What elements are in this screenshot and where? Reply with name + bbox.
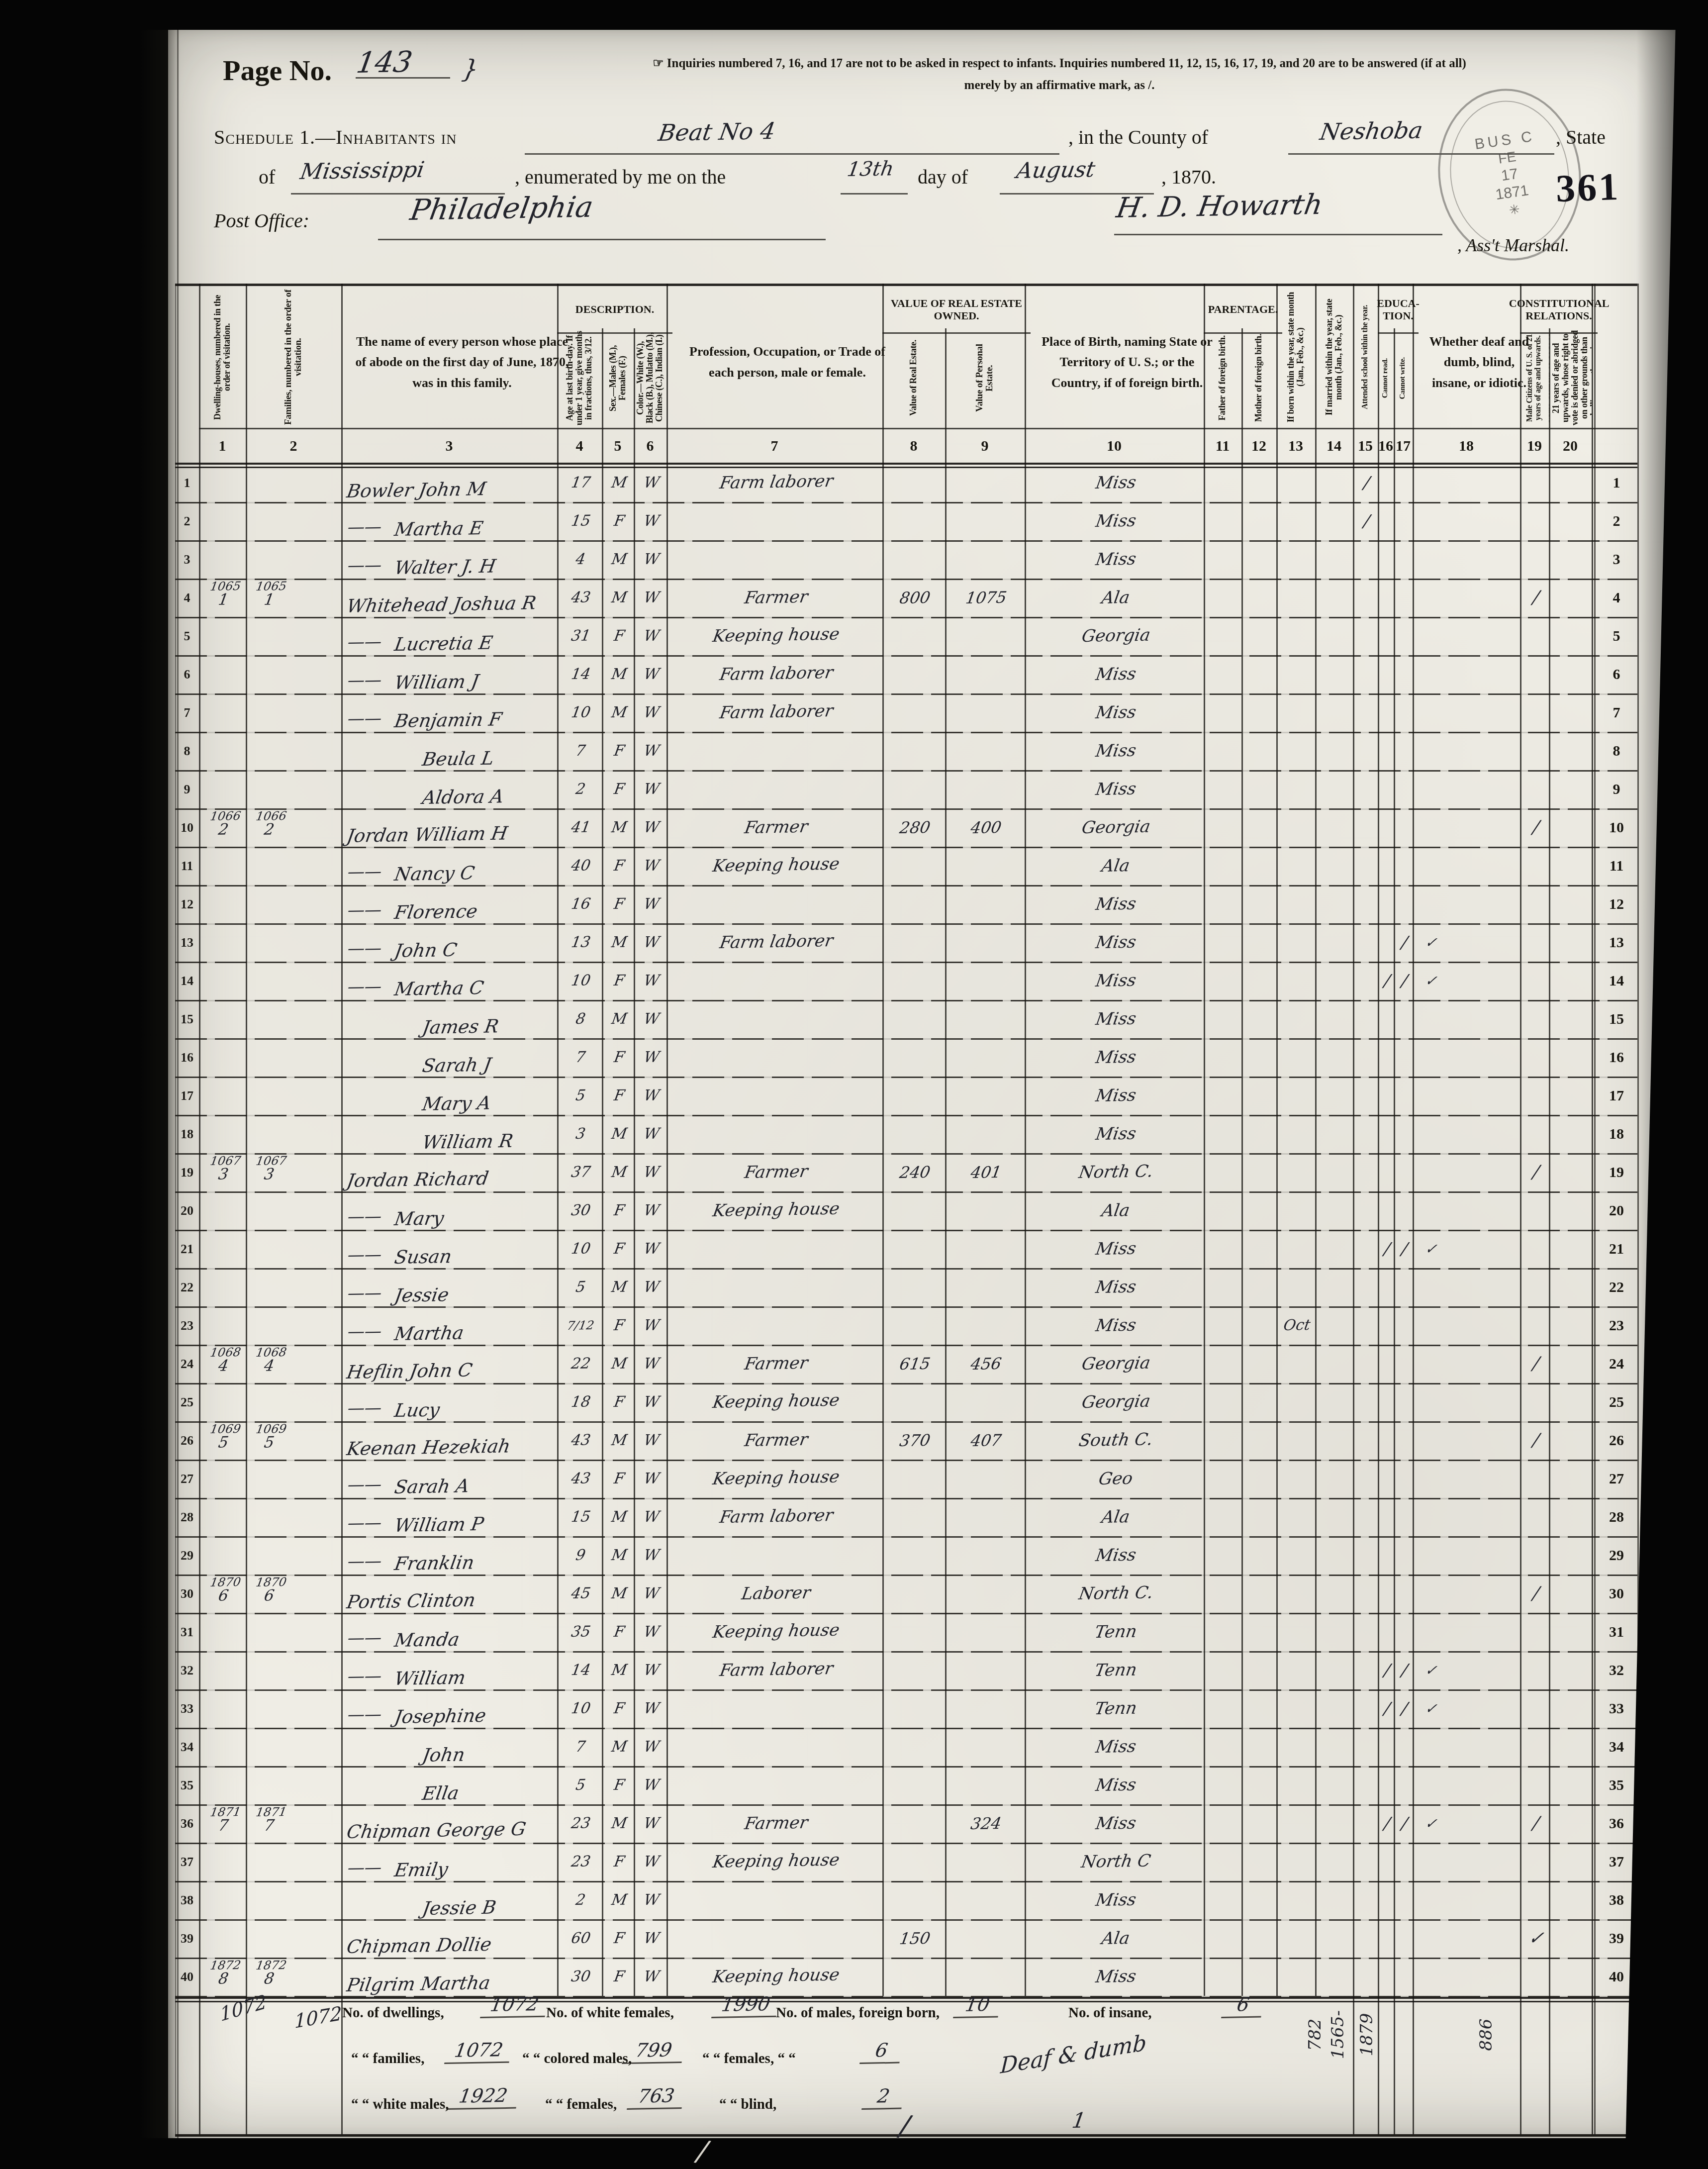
cell-birthplace: Miss: [1025, 1958, 1204, 1996]
mark-male-citizen: ✓: [1520, 1919, 1549, 1958]
grid-vline: [1592, 284, 1593, 2134]
column-header: Families, numbered in the order of visit…: [246, 287, 341, 428]
name-text: Mary: [393, 1207, 446, 1230]
cell-color: W: [634, 1881, 666, 1919]
name-text: Sarah J: [421, 1054, 493, 1077]
footer-label: No. of dwellings,: [342, 2005, 444, 2021]
ditto-dash: ——: [346, 1628, 383, 1648]
cell-name: Ella: [341, 1766, 577, 1807]
footer-label: “ “ females,: [545, 2096, 617, 2113]
cell-name: William R: [341, 1115, 577, 1156]
cell-sex: F: [602, 1191, 634, 1230]
cell-name: Sarah J: [341, 1038, 577, 1080]
cell-personal-estate: 400: [945, 808, 1025, 847]
cell-dwelling-number: 18728: [199, 1951, 246, 1996]
cell-age: 10: [557, 962, 602, 1000]
mark-male-citizen: /: [1520, 1345, 1549, 1383]
cell-real-estate: 150: [882, 1919, 945, 1958]
ditto-dash: ——: [346, 670, 383, 690]
cell-name: ——Benjamin F: [341, 693, 577, 735]
cell-dwelling-number: 10651: [199, 572, 246, 617]
cell-name: ——Nancy C: [341, 847, 577, 888]
cell-birthplace: Miss: [1025, 732, 1204, 770]
name-text: Martha E: [393, 517, 485, 540]
row-number-right: 6: [1596, 655, 1637, 693]
cell-sex: F: [602, 1919, 634, 1958]
mark-cannot-write: /: [1394, 1230, 1413, 1268]
cell-personal-estate: 407: [945, 1421, 1025, 1460]
cell-birthplace: Miss: [1025, 923, 1204, 962]
cell-personal-estate: 456: [945, 1345, 1025, 1383]
footer-value: 1072: [444, 2039, 513, 2064]
cell-color: W: [634, 1958, 666, 1996]
cell-age: 14: [557, 1651, 602, 1689]
line2-mid: , enumerated by me on the: [515, 165, 726, 189]
cell-sex: M: [602, 540, 634, 579]
cell-birthplace: North C.: [1025, 1575, 1204, 1613]
cell-sex: M: [602, 1536, 634, 1575]
row-number-right: 22: [1596, 1268, 1637, 1306]
cell-birthplace: Ala: [1025, 1919, 1204, 1958]
name-text: Jessie: [393, 1284, 451, 1306]
name-text: Walter J. H: [393, 555, 497, 579]
name-text: Martha C: [393, 977, 485, 1000]
name-text: Josephine: [393, 1705, 487, 1728]
cell-color: W: [634, 1306, 666, 1345]
cell-color: W: [634, 1038, 666, 1077]
cell-birthplace: Ala: [1025, 847, 1204, 885]
cell-age: 9: [557, 1536, 602, 1575]
mark-male-citizen: /: [1520, 579, 1549, 617]
cell-birthplace: Miss: [1025, 1804, 1204, 1843]
page-no-value: 143: [354, 45, 415, 80]
cell-sex: F: [602, 1077, 634, 1115]
mark-male-citizen: /: [1520, 1575, 1549, 1613]
cell-personal-estate: 401: [945, 1153, 1025, 1191]
row-number-right: 24: [1596, 1345, 1637, 1383]
cell-dwelling-number: 10684: [199, 1338, 246, 1383]
cell-name: Jordan William H: [341, 808, 577, 850]
cell-color: W: [634, 1115, 666, 1153]
cell-birthplace: Miss: [1025, 502, 1204, 540]
cell-age: 22: [557, 1345, 602, 1383]
column-number: 5: [602, 430, 634, 463]
cell-color: W: [634, 1843, 666, 1881]
post-office-blank-line: [378, 239, 826, 240]
row-number-right: 36: [1596, 1804, 1637, 1843]
column-number: 18: [1413, 430, 1520, 463]
cell-age: 43: [557, 1421, 602, 1460]
column-header: Attended school within the year.: [1353, 287, 1378, 428]
cell-color: W: [634, 1191, 666, 1230]
cell-occupation: Farm laborer: [666, 1498, 882, 1536]
cell-birthplace: Georgia: [1025, 617, 1204, 655]
cell-birthplace: Miss: [1025, 962, 1204, 1000]
data-bottom-rule-b: [175, 2001, 1637, 2002]
cell-color: W: [634, 1689, 666, 1728]
column-header: Cannot read.: [1378, 328, 1394, 428]
mark-cannot-write: /: [1394, 923, 1413, 962]
page-no-label: Page No.: [223, 54, 332, 87]
cell-name: ——William: [341, 1651, 577, 1692]
cell-color: W: [634, 808, 666, 847]
name-text: Aldora A: [421, 786, 505, 808]
cell-age: 10: [557, 1689, 602, 1728]
row-number-right: 37: [1596, 1843, 1637, 1881]
mark-check: ✓: [1413, 1651, 1447, 1689]
cell-color: W: [634, 1460, 666, 1498]
column-header: Male Citizens of U. S. of 21 years of ag…: [1549, 328, 1592, 428]
name-text: Whitehead Joshua R: [345, 592, 538, 617]
ditto-dash: ——: [346, 632, 383, 652]
grid-vline: [199, 284, 200, 2134]
column-header: If married within the year, state month …: [1315, 287, 1353, 428]
cell-birthplace: Miss: [1025, 1000, 1204, 1038]
cell-real-estate: 615: [882, 1345, 945, 1383]
footer-label: “ “ families,: [351, 2051, 424, 2067]
row-number-right: 30: [1596, 1575, 1637, 1613]
place-blank-line: [525, 153, 1059, 155]
column-number: 13: [1276, 430, 1315, 463]
table-top-rule: [175, 284, 1637, 286]
ditto-dash: ——: [346, 1245, 383, 1265]
name-text: John: [421, 1744, 467, 1766]
column-header: Father of foreign birth.: [1204, 328, 1241, 428]
column-number: 16: [1378, 430, 1394, 463]
cell-color: W: [634, 1651, 666, 1689]
cell-name: ——Jessie: [341, 1268, 577, 1309]
schedule-suffix: , State: [1556, 125, 1606, 149]
name-text: Manda: [393, 1629, 461, 1651]
cell-occupation: Keeping house: [666, 847, 882, 885]
name-text: Keenan Hezekiah: [345, 1435, 512, 1460]
mark-attended-school: /: [1353, 502, 1378, 540]
row-number-right: 32: [1596, 1651, 1637, 1689]
ditto-dash: ——: [346, 517, 383, 537]
cell-dwelling-number: 18706: [199, 1568, 246, 1613]
ditto-dash: ——: [346, 555, 383, 576]
cell-color: W: [634, 1919, 666, 1958]
cell-age: 7: [557, 1038, 602, 1077]
cell-age: 30: [557, 1958, 602, 1996]
name-text: Jordan William H: [345, 822, 509, 847]
row-number-right: 7: [1596, 693, 1637, 732]
name-text: Mary A: [421, 1092, 492, 1115]
cell-sex: F: [602, 847, 634, 885]
mark-male-citizen: /: [1520, 1804, 1549, 1843]
name-text: Portis Clinton: [345, 1589, 477, 1613]
cell-occupation: Keeping house: [666, 1460, 882, 1498]
cell-age: 15: [557, 1498, 602, 1536]
cell-age: 4: [557, 540, 602, 579]
mark-cannot-read: /: [1378, 962, 1394, 1000]
page-stamp-number: 361: [1555, 164, 1620, 211]
grid-vline: [1520, 284, 1521, 2134]
ditto-dash: ——: [346, 1283, 383, 1303]
cell-family-number: 18728: [246, 1951, 290, 1996]
cell-color: W: [634, 1230, 666, 1268]
name-text: Jessie B: [421, 1896, 498, 1919]
row-number-right: 23: [1596, 1306, 1637, 1345]
row-number-right: 10: [1596, 808, 1637, 847]
row-number-right: 5: [1596, 617, 1637, 655]
cell-real-estate: 800: [882, 579, 945, 617]
footer-value: 6: [1221, 1993, 1265, 2018]
column-number: 2: [246, 430, 341, 463]
ditto-dash: ——: [346, 938, 383, 959]
row-number-right: 34: [1596, 1728, 1637, 1766]
cell-dwelling-number: 10673: [199, 1146, 246, 1191]
footer-label: “ “ blind,: [719, 2096, 776, 2113]
cell-name: John: [341, 1728, 577, 1769]
cell-age: 18: [557, 1383, 602, 1421]
cell-family-number: 10651: [246, 572, 290, 617]
cell-personal-estate: 324: [945, 1804, 1025, 1843]
month-value: August: [1015, 157, 1097, 184]
column-number: 17: [1394, 430, 1413, 463]
cell-occupation: Farmer: [666, 579, 882, 617]
footer-label: No. of males, foreign born,: [776, 2005, 940, 2021]
ditto-dash: ——: [346, 1206, 383, 1227]
cell-birthplace: Miss: [1025, 1536, 1204, 1575]
cell-age: 23: [557, 1843, 602, 1881]
row-number-right: 11: [1596, 847, 1637, 885]
cell-sex: F: [602, 1038, 634, 1077]
cell-birthplace: Miss: [1025, 1766, 1204, 1804]
cell-birthplace: Ala: [1025, 579, 1204, 617]
cell-name: Beula L: [341, 732, 577, 773]
cell-birthplace: South C.: [1025, 1421, 1204, 1460]
footer-rotated-tally: 886: [1476, 1995, 1496, 2074]
cell-sex: F: [602, 617, 634, 655]
row-number-right: 21: [1596, 1230, 1637, 1268]
column-number: 1: [199, 430, 246, 463]
cell-birthplace: Ala: [1025, 1191, 1204, 1230]
marshal-signature: H. D. Howarth: [1114, 189, 1325, 224]
cell-color: W: [634, 502, 666, 540]
cell-occupation: Keeping house: [666, 1383, 882, 1421]
cell-age: 5: [557, 1077, 602, 1115]
footer-value: 10: [953, 1993, 1002, 2018]
cell-name: Mary A: [341, 1077, 577, 1118]
name-text: Lucretia E: [393, 632, 494, 655]
footer-label: “ “ females, “ “: [702, 2051, 796, 2067]
cell-dwelling-number: 10695: [199, 1414, 246, 1460]
cell-name: Chipman Dollie: [341, 1919, 577, 1961]
cell-name: Keenan Hezekiah: [341, 1421, 577, 1463]
row-number-right: 28: [1596, 1498, 1637, 1536]
cell-sex: M: [602, 579, 634, 617]
cell-age: 10: [557, 693, 602, 732]
row-number-right: 29: [1596, 1536, 1637, 1575]
name-text: Florence: [393, 900, 479, 923]
ditto-dash: ——: [346, 862, 383, 882]
cell-sex: M: [602, 1345, 634, 1383]
cell-occupation: Keeping house: [666, 1613, 882, 1651]
cell-sex: F: [602, 732, 634, 770]
cell-birthplace: Miss: [1025, 1728, 1204, 1766]
footer-label: “ “ white males,: [351, 2096, 449, 2113]
marshal-title: , Ass't Marshal.: [1457, 235, 1569, 256]
cell-age: 60: [557, 1919, 602, 1958]
state-value: Mississippi: [298, 157, 426, 185]
day-blank-line: [841, 193, 908, 195]
cell-occupation: Farm laborer: [666, 655, 882, 693]
mark-attended-school: /: [1353, 464, 1378, 502]
cell-birthplace: Miss: [1025, 655, 1204, 693]
cell-sex: F: [602, 1230, 634, 1268]
cell-month-born: Oct: [1276, 1306, 1315, 1345]
cell-birthplace: Miss: [1025, 1881, 1204, 1919]
name-text: Jordan Richard: [345, 1168, 490, 1191]
cell-family-number: 10695: [246, 1414, 290, 1460]
cell-age: 7/12: [557, 1306, 602, 1345]
cell-sex: F: [602, 770, 634, 808]
footer-label: “ “ colored males,: [522, 2051, 632, 2067]
cell-birthplace: Miss: [1025, 1306, 1204, 1345]
cell-age: 2: [557, 1881, 602, 1919]
cell-color: W: [634, 1536, 666, 1575]
mark-check: ✓: [1413, 923, 1447, 962]
ditto-dash: ——: [346, 900, 383, 920]
cell-color: W: [634, 1077, 666, 1115]
name-text: Chipman George G: [345, 1818, 528, 1843]
cell-occupation: Farmer: [666, 1153, 882, 1191]
mark-check: ✓: [1413, 962, 1447, 1000]
name-text: Nancy C: [393, 862, 476, 885]
line2-dayof: day of: [918, 165, 968, 189]
cell-name: ——Florence: [341, 885, 577, 926]
footer-rotated-tally: 1879: [1357, 1995, 1377, 2074]
cell-color: W: [634, 540, 666, 579]
column-header: Profession, Occupation, or Trade of each…: [666, 287, 908, 438]
cell-sex: F: [602, 1306, 634, 1345]
cell-occupation: Farmer: [666, 1804, 882, 1843]
column-number: 11: [1204, 430, 1241, 463]
cell-age: 17: [557, 464, 602, 502]
cell-birthplace: Georgia: [1025, 808, 1204, 847]
ditto-dash: ——: [346, 1513, 383, 1533]
row-number-right: 13: [1596, 923, 1637, 962]
row-number-right: 18: [1596, 1115, 1637, 1153]
cell-sex: F: [602, 1460, 634, 1498]
cell-birthplace: Miss: [1025, 1268, 1204, 1306]
name-text: Franklin: [393, 1552, 475, 1575]
cell-name: ——John C: [341, 923, 577, 965]
cell-name: Jessie B: [341, 1881, 577, 1922]
cell-age: 7: [557, 732, 602, 770]
ditto-dash: ——: [346, 708, 383, 729]
row-number-right: 17: [1596, 1077, 1637, 1115]
cell-sex: F: [602, 1843, 634, 1881]
cell-sex: M: [602, 655, 634, 693]
cell-sex: M: [602, 1881, 634, 1919]
cell-name: Bowler John M: [341, 464, 577, 505]
cell-name: Heflin John C: [341, 1345, 577, 1386]
cell-color: W: [634, 693, 666, 732]
cell-color: W: [634, 885, 666, 923]
cell-name: ——Mary: [341, 1191, 577, 1233]
ditto-dash: ——: [346, 1858, 383, 1878]
ditto-dash: ——: [346, 1666, 383, 1686]
cell-birthplace: Miss: [1025, 464, 1204, 502]
column-header: Age at last birth-day. If under 1 year, …: [557, 328, 602, 428]
cell-name: Chipman George G: [341, 1804, 577, 1846]
cell-name: ——Lucretia E: [341, 617, 577, 658]
schedule-place-value: Beat No 4: [657, 117, 777, 146]
column-number: 20: [1549, 430, 1592, 463]
cell-age: 13: [557, 923, 602, 962]
row-number-right: 26: [1596, 1421, 1637, 1460]
ditto-dash: ——: [346, 1475, 383, 1495]
grid-vline: [1413, 284, 1414, 2134]
name-text: William P: [393, 1513, 485, 1536]
cell-name: Aldora A: [341, 770, 577, 811]
column-header: The name of every person whose place of …: [341, 287, 583, 438]
cell-birthplace: Georgia: [1025, 1345, 1204, 1383]
cell-occupation: Farmer: [666, 1345, 882, 1383]
name-text: Lucy: [393, 1399, 441, 1421]
name-text: Chipman Dollie: [345, 1934, 493, 1958]
cell-sex: M: [602, 1728, 634, 1766]
row-number-right: 20: [1596, 1191, 1637, 1230]
cell-family-number: 18706: [246, 1568, 290, 1613]
cell-age: 14: [557, 655, 602, 693]
cell-family-number: 10662: [246, 801, 290, 847]
cell-name: ——William J: [341, 655, 577, 696]
cell-age: 40: [557, 847, 602, 885]
cell-name: ——Josephine: [341, 1689, 577, 1731]
row-number-right: 35: [1596, 1766, 1637, 1804]
cell-birthplace: Tenn: [1025, 1613, 1204, 1651]
column-header: If born within the year, state month (Ja…: [1276, 287, 1315, 428]
cell-real-estate: 370: [882, 1421, 945, 1460]
cell-color: W: [634, 1728, 666, 1766]
cell-occupation: Laborer: [666, 1575, 882, 1613]
cell-color: W: [634, 655, 666, 693]
ditto-dash: ——: [346, 977, 383, 997]
cell-occupation: Keeping house: [666, 1843, 882, 1881]
cell-name: James R: [341, 1000, 577, 1041]
cell-color: W: [634, 732, 666, 770]
name-text: William R: [421, 1130, 515, 1153]
mark-male-citizen: /: [1520, 808, 1549, 847]
cell-color: W: [634, 1345, 666, 1383]
cell-occupation: Farm laborer: [666, 693, 882, 732]
cell-color: W: [634, 1421, 666, 1460]
cell-birthplace: Tenn: [1025, 1689, 1204, 1728]
cell-birthplace: Miss: [1025, 770, 1204, 808]
schedule-mid: , in the County of: [1068, 125, 1208, 149]
name-text: Bowler John M: [345, 478, 487, 502]
mark-cannot-write: /: [1394, 1804, 1413, 1843]
cell-sex: M: [602, 923, 634, 962]
cell-dwelling-number: 10662: [199, 801, 246, 847]
cell-name: ——Sarah A: [341, 1460, 577, 1501]
mark-cannot-write: /: [1394, 962, 1413, 1000]
footer-rotated-tally: 1565-: [1328, 1995, 1348, 2074]
cell-name: ——Martha E: [341, 502, 577, 543]
footer-value: 799: [622, 2039, 685, 2064]
ditto-dash: ——: [346, 1704, 383, 1725]
post-office-label: Post Office:: [214, 209, 309, 232]
cell-sex: M: [602, 1498, 634, 1536]
cell-personal-estate: 1075: [945, 579, 1025, 617]
name-text: William: [393, 1667, 467, 1689]
column-header: Mother of foreign birth.: [1241, 328, 1276, 428]
grid-vline: [1549, 328, 1550, 2134]
cell-age: 30: [557, 1191, 602, 1230]
